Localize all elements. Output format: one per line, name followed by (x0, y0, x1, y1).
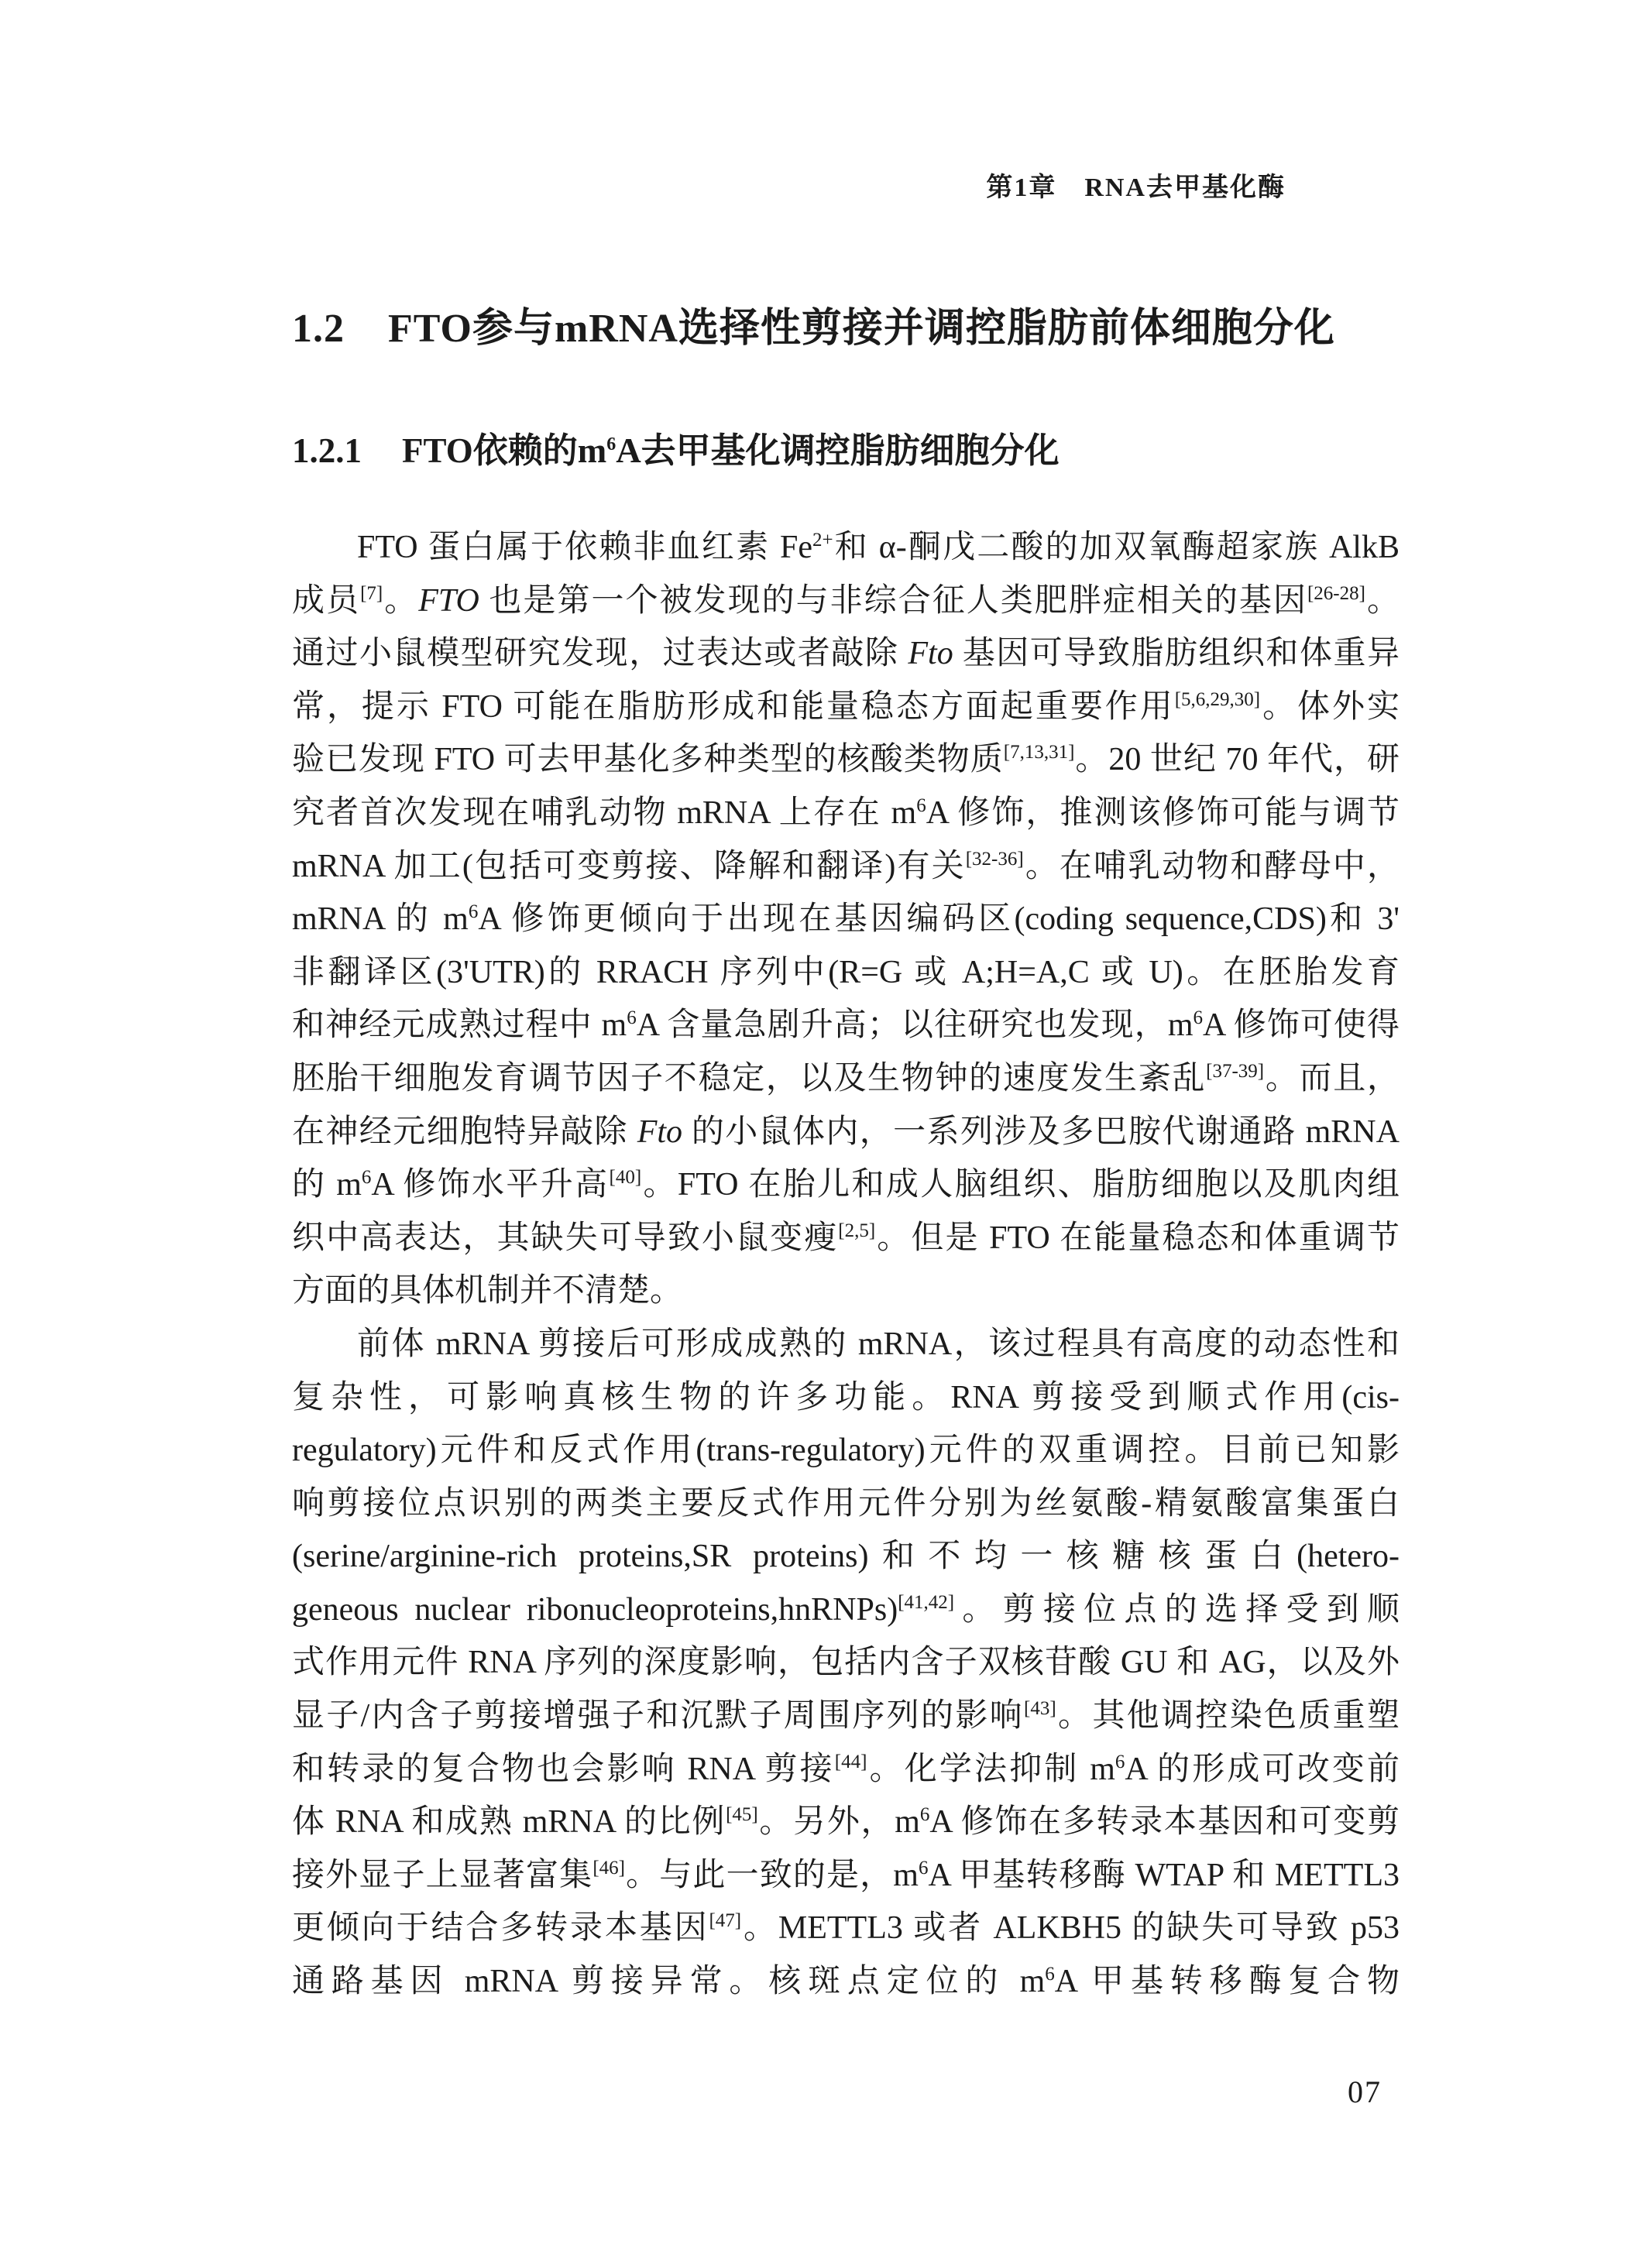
body-line: 通过小鼠模型研究发现，过表达或者敲除 Fto 基因可导致脂肪组织和体重异 (292, 627, 1400, 681)
body-line: 和转录的复合物也会影响 RNA 剪接[44]。化学法抑制 m6A 的形成可改变前 (292, 1743, 1400, 1796)
body-line: 接外显子上显著富集[46]。与此一致的是，m6A 甲基转移酶 WTAP 和 ME… (292, 1849, 1400, 1903)
body-line: 方面的具体机制并不清楚。 (292, 1264, 1400, 1318)
body-line: 的 m6A 修饰水平升高[40]。FTO 在胎儿和成人脑组织、脂肪细胞以及肌肉组 (292, 1158, 1400, 1212)
body-line: 成员[7]。FTO 也是第一个被发现的与非综合征人类肥胖症相关的基因[26-28… (292, 575, 1400, 628)
section-title: 1.2FTO参与mRNA选择性剪接并调控脂肪前体细胞分化 (292, 295, 1335, 353)
body-text: FTO 蛋白属于依赖非血红素 Fe2+和 α-酮戊二酸的加双氧酶超家族 AlkB… (292, 521, 1400, 2009)
page-number: 07 (1348, 2074, 1382, 2110)
body-line: mRNA 的 m6A 修饰更倾向于出现在基因编码区(coding sequenc… (292, 893, 1400, 946)
body-line: 前体 mRNA 剪接后可形成成熟的 mRNA，该过程具有高度的动态性和 (292, 1318, 1400, 1371)
subsection-number: 1.2.1 (292, 431, 362, 470)
body-line: 式作用元件 RNA 序列的深度影响，包括内含子双核苷酸 GU 和 AG，以及外 (292, 1636, 1400, 1690)
body-line: 复杂性，可影响真核生物的许多功能。RNA 剪接受到顺式作用(cis- (292, 1371, 1400, 1425)
body-line: mRNA 加工(包括可变剪接、降解和翻译)有关[32-36]。在哺乳动物和酵母中… (292, 840, 1400, 894)
body-line: 响剪接位点识别的两类主要反式作用元件分别为丝氨酸-精氨酸富集蛋白 (292, 1477, 1400, 1531)
body-line: 更倾向于结合多转录本基因[47]。METTL3 或者 ALKBH5 的缺失可导致… (292, 1902, 1400, 1955)
body-line: FTO 蛋白属于依赖非血红素 Fe2+和 α-酮戊二酸的加双氧酶超家族 AlkB (292, 521, 1400, 575)
book-page: 第1章 RNA去甲基化酶 1.2FTO参与mRNA选择性剪接并调控脂肪前体细胞分… (0, 0, 1628, 2268)
body-line: geneous nuclear ribonucleoproteins,hnRNP… (292, 1583, 1400, 1637)
body-line: 胚胎干细胞发育调节因子不稳定，以及生物钟的速度发生紊乱[37-39]。而且， (292, 1052, 1400, 1106)
running-header: 第1章 RNA去甲基化酶 (986, 166, 1286, 204)
body-line: 常，提示 FTO 可能在脂肪形成和能量稳态方面起重要作用[5,6,29,30]。… (292, 681, 1400, 734)
body-line: 体 RNA 和成熟 mRNA 的比例[45]。另外，m6A 修饰在多转录本基因和… (292, 1796, 1400, 1849)
body-line: 织中高表达，其缺失可导致小鼠变瘦[2,5]。但是 FTO 在能量稳态和体重调节 (292, 1212, 1400, 1265)
body-line: 和神经元成熟过程中 m6A 含量急剧升高；以往研究也发现，m6A 修饰可使得 (292, 999, 1400, 1052)
body-line: 通路基因 mRNA 剪接异常。核斑点定位的 m6A 甲基转移酶复合物 (292, 1955, 1400, 2009)
body-line: 在神经元细胞特异敲除 Fto 的小鼠体内，一系列涉及多巴胺代谢通路 mRNA (292, 1106, 1400, 1159)
body-line: 验已发现 FTO 可去甲基化多种类型的核酸类物质[7,13,31]。20 世纪 … (292, 733, 1400, 787)
section-number: 1.2 (292, 307, 345, 351)
body-line: 显子/内含子剪接增强子和沉默子周围序列的影响[43]。其他调控染色质重塑 (292, 1690, 1400, 1743)
body-line: (serine/arginine-rich proteins,SR protei… (292, 1530, 1400, 1583)
body-line: 究者首次发现在哺乳动物 mRNA 上存在 m6A 修饰，推测该修饰可能与调节 (292, 787, 1400, 840)
subsection-title-text: FTO依赖的m6A去甲基化调控脂肪细胞分化 (402, 431, 1060, 470)
body-line: 非翻译区(3'UTR)的 RRACH 序列中(R=G 或 A;H=A,C 或 U… (292, 946, 1400, 1000)
body-line: regulatory)元件和反式作用(trans-regulatory)元件的双… (292, 1424, 1400, 1477)
subsection-title: 1.2.1FTO依赖的m6A去甲基化调控脂肪细胞分化 (292, 422, 1060, 472)
section-title-text: FTO参与mRNA选择性剪接并调控脂肪前体细胞分化 (388, 307, 1335, 351)
